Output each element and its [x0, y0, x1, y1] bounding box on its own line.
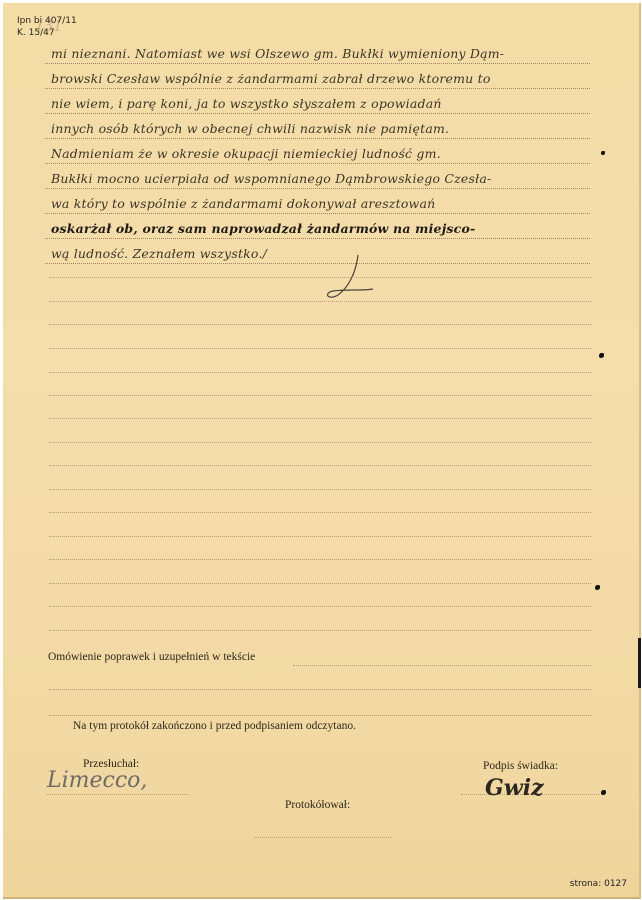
- ink-blot: [595, 585, 600, 590]
- handwritten-line: Bukłki mocno ucierpiała od wspomnianego …: [51, 171, 491, 186]
- empty-line: [49, 488, 591, 490]
- handwritten-line: innych osób których w obecnej chwili naz…: [51, 121, 449, 136]
- handwritten-line: browski Czesław wspólnie z żandarmami za…: [51, 71, 491, 86]
- empty-line: [49, 371, 591, 373]
- witness-signature-label: Podpis świadka:: [483, 760, 558, 772]
- handwritten-line: nie wiem, i parę koni, ja to wszystko sł…: [51, 96, 442, 111]
- empty-line: [49, 511, 591, 513]
- empty-line: [49, 582, 591, 584]
- empty-line: [49, 417, 591, 419]
- recorder-label: Protokółował:: [285, 799, 350, 811]
- witness-signature: Gwiz: [485, 775, 544, 801]
- handwritten-line: mi nieznani. Natomiast we wsi Olszewo gm…: [51, 46, 504, 61]
- empty-line: [49, 605, 591, 607]
- closing-flourish-icon: [318, 253, 378, 303]
- corrections-line: [49, 688, 591, 690]
- empty-line: [49, 629, 591, 631]
- recorder-signature-line: [255, 836, 391, 838]
- empty-line: [49, 323, 591, 325]
- handwritten-line: Nadmieniam że w okresie okupacji niemiec…: [51, 146, 441, 161]
- empty-line: [49, 394, 591, 396]
- closing-statement: Na tym protokół zakończono i przed podpi…: [73, 720, 356, 732]
- empty-line: [49, 347, 591, 349]
- handwritten-line: oskarżał ob, oraz sam naprowadzał żandar…: [51, 221, 475, 236]
- page-edge-shadow: [638, 638, 641, 688]
- empty-line: [49, 464, 591, 466]
- corrections-label: Omówienie poprawek i uzupełnień w tekści…: [48, 651, 255, 663]
- empty-line: [49, 441, 591, 443]
- corrections-line: [293, 664, 591, 666]
- empty-line: [49, 276, 591, 278]
- handwritten-line: wa który to wspólnie z żandarmami dokony…: [51, 196, 435, 211]
- empty-line: [49, 558, 591, 560]
- ink-blot: [601, 151, 605, 155]
- page-number: strona: 0127: [570, 879, 627, 889]
- corrections-line: [49, 714, 591, 716]
- interrogator-signature: Limecco,: [47, 768, 147, 793]
- document-page: Ipn bi 407/11 K. 15/47 131 mi nieznani. …: [3, 3, 641, 899]
- folio-mark: 131: [35, 15, 62, 36]
- ink-blot: [599, 353, 604, 358]
- handwritten-line: wą ludność. Zeznałem wszystko./: [51, 246, 267, 261]
- empty-line: [49, 300, 591, 302]
- empty-line: [49, 535, 591, 537]
- ink-blot: [601, 790, 606, 795]
- interrogator-signature-line: [47, 793, 189, 795]
